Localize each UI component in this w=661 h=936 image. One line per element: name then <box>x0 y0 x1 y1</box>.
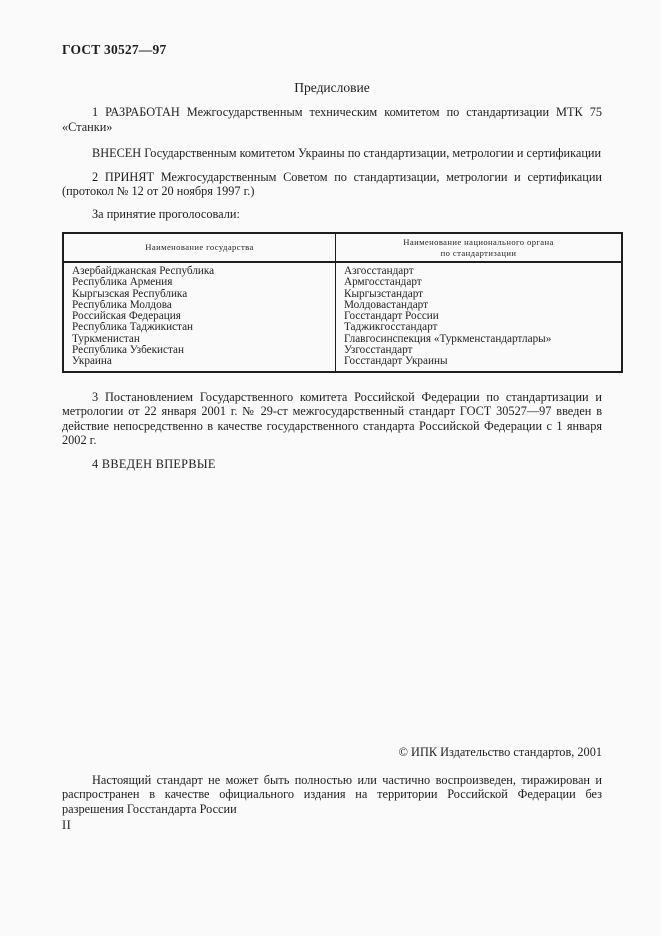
state-cell: Республика Узбекистан <box>63 345 336 356</box>
vote-intro: За принятие проголосовали: <box>62 207 602 222</box>
authority-cell: Кыргызстандарт <box>336 289 623 300</box>
state-cell: Республика Армения <box>63 277 336 288</box>
column-header-authority-line1: Наименование национального органа <box>403 237 554 247</box>
authority-cell: Молдовастандарт <box>336 300 623 311</box>
reproduction-notice: Настоящий стандарт не может быть полност… <box>62 773 602 817</box>
authority-cell: Госстандарт России <box>336 311 623 322</box>
paragraph-resolution: 3 Постановлением Государственного комите… <box>62 390 602 448</box>
authority-cell: Главгосинспекция «Туркменстандартлары» <box>336 334 623 345</box>
copyright-line: © ИПК Издательство стандартов, 2001 <box>62 745 602 760</box>
authority-cell: Армгосстандарт <box>336 277 623 288</box>
paragraph-accepted: 2 ПРИНЯТ Межгосударственным Советом по с… <box>62 170 602 199</box>
table-row: Туркменистан Главгосинспекция «Туркменст… <box>63 334 622 345</box>
paragraph-submitted: ВНЕСЕН Государственным комитетом Украины… <box>62 146 602 161</box>
voting-table-header: Наименование государства Наименование на… <box>63 233 622 262</box>
table-row: Республика Армения Армгосстандарт <box>63 277 622 288</box>
authority-cell: Азгосстандарт <box>336 262 623 277</box>
table-row: Республика Таджикистан Таджикгосстандарт <box>63 322 622 333</box>
table-row: Российская Федерация Госстандарт России <box>63 311 622 322</box>
voting-table: Наименование государства Наименование на… <box>62 232 623 373</box>
page-content: ГОСТ 30527—97 Предисловие 1 РАЗРАБОТАН М… <box>62 42 602 471</box>
page-number: II <box>62 818 602 832</box>
column-header-state: Наименование государства <box>63 233 336 262</box>
page-footer: © ИПК Издательство стандартов, 2001 Наст… <box>62 745 602 832</box>
page-title: Предисловие <box>62 80 602 95</box>
table-row: Украина Госстандарт Украины <box>63 356 622 371</box>
authority-cell: Таджикгосстандарт <box>336 322 623 333</box>
state-cell: Кыргызская Республика <box>63 289 336 300</box>
state-cell: Республика Таджикистан <box>63 322 336 333</box>
state-cell: Украина <box>63 356 336 371</box>
table-row: Республика Узбекистан Узгосстандарт <box>63 345 622 356</box>
column-header-authority: Наименование национального органа по ста… <box>336 233 623 262</box>
document-page: ГОСТ 30527—97 Предисловие 1 РАЗРАБОТАН М… <box>0 0 661 936</box>
authority-cell: Узгосстандарт <box>336 345 623 356</box>
state-cell: Республика Молдова <box>63 300 336 311</box>
authority-cell: Госстандарт Украины <box>336 356 623 371</box>
table-row: Азербайджанская Республика Азгосстандарт <box>63 262 622 277</box>
table-row: Кыргызская Республика Кыргызстандарт <box>63 289 622 300</box>
state-cell: Туркменистан <box>63 334 336 345</box>
state-cell: Российская Федерация <box>63 311 336 322</box>
column-header-authority-line2: по стандартизации <box>441 248 517 258</box>
standard-code: ГОСТ 30527—97 <box>62 42 602 57</box>
paragraph-first-introduced: 4 ВВЕДЕН ВПЕРВЫЕ <box>62 457 602 472</box>
state-cell: Азербайджанская Республика <box>63 262 336 277</box>
paragraph-developed: 1 РАЗРАБОТАН Межгосударственным техничес… <box>62 105 602 134</box>
table-row: Республика Молдова Молдовастандарт <box>63 300 622 311</box>
